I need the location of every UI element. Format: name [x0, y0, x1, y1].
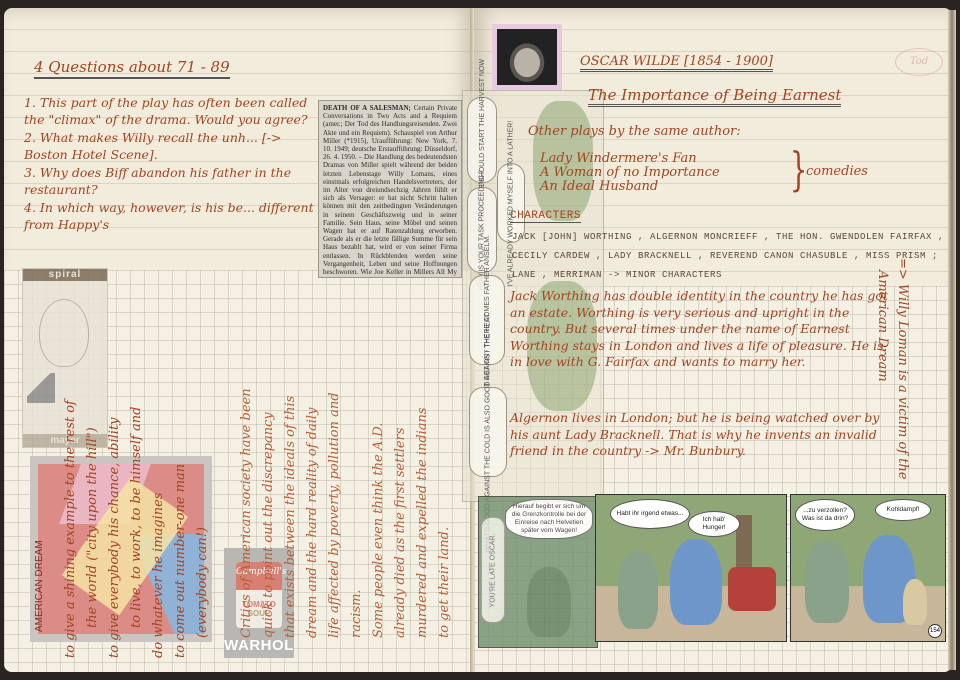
- speech-bubble: WHAT'S GOOD AGAINST THE COLD IS ALSO GOO…: [469, 387, 507, 477]
- note-line: Some people even think the A.D.: [368, 388, 390, 638]
- author-heading: OSCAR WILDE [1854 - 1900]: [580, 54, 773, 72]
- note-line: quick to point out the discrepancy: [258, 388, 280, 638]
- caption-box: Hierauf begibt er sich um die Grenzkontr…: [505, 499, 593, 539]
- note-line: to give everybody his chance, ability: [104, 400, 126, 658]
- legionary-figure-icon: [527, 567, 571, 637]
- plot-paragraph-2: Algernon lives in London; but he is bein…: [510, 410, 890, 460]
- note-line: murdered and expelled the indians: [412, 388, 434, 638]
- note-line: that exists between the ideals of this: [280, 388, 302, 638]
- asterix-figure-icon: [903, 579, 927, 625]
- note-line: (everybody can!): [192, 400, 214, 658]
- note-line: dream and the hard reality of daily: [302, 388, 324, 638]
- curly-brace-icon: }: [790, 146, 808, 192]
- questions-title: 4 Questions about 71 - 89: [34, 58, 230, 79]
- note-line: do whatever he imagines: [148, 400, 170, 658]
- question-item: 4. In which way, however, is his be... d…: [24, 199, 324, 233]
- open-notebook: 4 Questions about 71 - 89 1. This part o…: [0, 0, 960, 680]
- plot-paragraph-1: Jack Worthing has double identity in the…: [510, 288, 890, 371]
- note-line: life affected by poverty, pollution and: [324, 388, 346, 638]
- play-item: Lady Windermere's Fan: [540, 152, 720, 166]
- question-item: 1. This part of the play has often been …: [24, 94, 324, 128]
- speech-bubble: Ich hab' Hunger!: [688, 511, 740, 537]
- left-page: 4 Questions about 71 - 89 1. This part o…: [4, 8, 474, 672]
- note-line: the world ("city upon the hill"): [82, 400, 104, 658]
- oscar-wilde-portrait: [492, 24, 562, 90]
- cart-icon: [728, 567, 776, 611]
- comic-panel-2: Habt ihr irgend etwas... Ich hab' Hunger…: [595, 494, 787, 642]
- note-line: racism.: [346, 388, 368, 638]
- page-edges: [948, 10, 956, 670]
- side-note-line: => Willy Loman is a victim of the: [892, 258, 912, 480]
- note-line: to come out number-one man: [170, 400, 192, 658]
- characters-heading: CHARACTERS: [510, 210, 581, 223]
- american-dream-notes: to give a shining example to the rest of…: [60, 400, 214, 658]
- play-item: An Ideal Husband: [540, 180, 720, 194]
- obelix-figure-icon: [670, 539, 722, 625]
- question-item: 3. Why does Biff abandon his father in t…: [24, 164, 324, 198]
- customs-officer-figure-icon: [618, 551, 658, 629]
- portrait-photo-icon: [497, 29, 557, 85]
- side-note-line: American Dream: [872, 258, 892, 480]
- play-item: A Woman of no Importance: [540, 166, 720, 180]
- comic-panel-1: YOU'RE LATE OSCAR. Hierauf begibt er sic…: [478, 496, 598, 648]
- question-item: 2. What makes Willy recall the unh... [-…: [24, 129, 324, 163]
- other-plays-list: Lady Windermere's Fan A Woman of no Impo…: [540, 152, 720, 194]
- note-line: to give a shining example to the rest of: [60, 400, 82, 658]
- speech-bubble: Habt ihr irgend etwas...: [610, 499, 690, 529]
- questions-list: 1. This part of the play has often been …: [24, 94, 324, 234]
- speech-bubble: ...zu verzollen? Was ist da drin?: [795, 499, 855, 531]
- clipping-text: Certain Private Conversations in Two Act…: [323, 104, 457, 278]
- comic-page-number: 154: [928, 624, 942, 638]
- note-line: to get their land.: [434, 388, 456, 638]
- other-plays-label: Other plays by the same author:: [528, 124, 741, 139]
- shadow-shape-icon: [27, 373, 55, 403]
- comic-panel-3: ...zu verzollen? Was ist da drin? Kohlda…: [790, 494, 946, 642]
- newspaper-clipping: DEATH OF A SALESMAN; Certain Private Con…: [318, 100, 462, 278]
- critics-notes: Critics of American society have been qu…: [236, 388, 456, 638]
- speech-bubble: YOU'RE LATE OSCAR.: [481, 517, 505, 623]
- portrait-sketch-icon: [39, 299, 89, 367]
- american-dream-label: AMERICAN DREAM: [34, 540, 45, 632]
- spiral-poster-top-label: spiral: [23, 269, 107, 281]
- customs-officer-figure-icon: [805, 541, 849, 623]
- character-line: JACK [JOHN] WORTHING , ALGERNON MONCRIEF…: [512, 228, 944, 247]
- speech-bubble: HOW IS YOUR TASK PROCEEDING?: [467, 187, 497, 273]
- play-title: The Importance of Being Earnest: [588, 86, 841, 107]
- genre-label: comedies: [806, 164, 868, 179]
- speech-bubble: Kohldampf!: [875, 499, 931, 521]
- note-line: to live, to work, to be himself and: [126, 400, 148, 658]
- note-line: already died as the first settlers: [390, 388, 412, 638]
- warhol-artist-name: WARHOL: [224, 637, 294, 654]
- faint-stamp: Tod: [895, 48, 943, 76]
- side-note: => Willy Loman is a victim of the Americ…: [872, 258, 912, 480]
- clipping-heading: DEATH OF A SALESMAN;: [323, 104, 411, 112]
- note-line: Critics of American society have been: [236, 388, 258, 638]
